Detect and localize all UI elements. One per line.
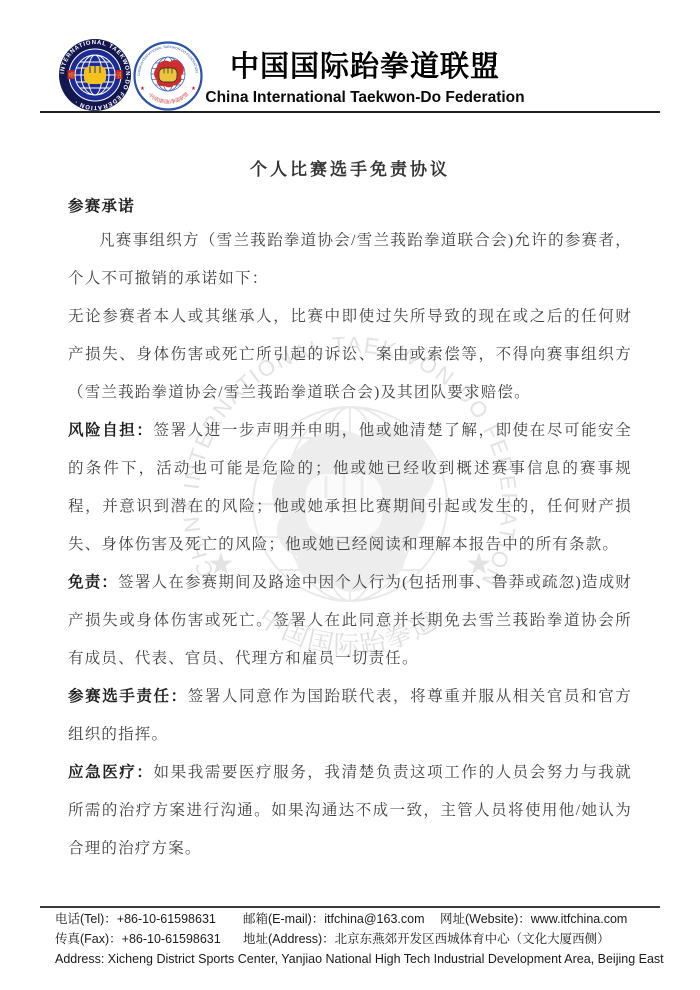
waiver-text: 签署人在参赛期间及路途中因个人行为(包括刑事、鲁莽或疏忽)造成财产损失或身体伤害… xyxy=(68,574,632,667)
footer: 电话(Tel)：+86-10-61598631 邮箱(E-mail)：itfch… xyxy=(40,909,660,969)
risk-assumption-text: 签署人进一步声明并申明，他或她清楚了解，即使在尽可能安全的条件下，活动也可能是危… xyxy=(68,422,632,553)
section-heading-risk-assumption: 风险自担： xyxy=(68,422,154,439)
paragraph-emergency-medical: 应急医疗：如果我需要医疗服务，我清楚负责这项工作的人员会努力与我就所需的治疗方案… xyxy=(68,754,632,868)
footer-divider xyxy=(40,906,660,908)
section-heading-emergency-medical: 应急医疗： xyxy=(68,764,154,781)
org-name-english: China International Taekwon-Do Federatio… xyxy=(202,89,528,107)
itf-korean-right-glyph: 권 xyxy=(116,72,122,80)
footer-address-chinese: 地址(Address)：北京东燕郊开发区西城体育中心（文化大厦西侧） xyxy=(243,929,660,949)
footer-phone: 电话(Tel)：+86-10-61598631 xyxy=(55,909,243,929)
citf-star-right-icon: ★ xyxy=(191,85,196,92)
section-heading-athlete-responsibility: 参赛选手责任： xyxy=(68,688,188,705)
citf-fist-icon xyxy=(159,68,177,82)
china-itf-logo-icon: CHINA INTERNATIONAL TAEKWON-DO FEDERATIO… xyxy=(133,41,203,111)
paragraph-pledge-terms: 无论参赛者本人或其继承人，比赛中即使过失所导致的现在或之后的任何财产损失、身体伤… xyxy=(68,298,632,412)
section-heading-waiver: 免责： xyxy=(68,574,118,591)
paragraph-waiver: 免责：签署人在参赛期间及路途中因个人行为(包括刑事、鲁莽或疏忽)造成财产损失或身… xyxy=(68,564,632,678)
itf-federation-logo-icon: 태 권 INTERNATIONAL TAEKWON-DO FEDERATION … xyxy=(59,39,131,111)
citf-star-left-icon: ★ xyxy=(140,85,145,92)
footer-fax: 传真(Fax)：+86-10-61598631 xyxy=(55,929,243,949)
footer-address-english: Address: Xicheng District Sports Center,… xyxy=(55,949,660,969)
emergency-medical-text: 如果我需要医疗服务，我清楚负责这项工作的人员会努力与我就所需的治疗方案进行沟通。… xyxy=(68,764,632,857)
paragraph-athlete-responsibility: 参赛选手责任：签署人同意作为国跆联代表，将尊重并服从相关官员和官方组织的指挥。 xyxy=(68,678,632,754)
header-divider xyxy=(40,111,660,113)
paragraph-risk-assumption: 风险自担：签署人进一步声明并申明，他或她清楚了解，即使在尽可能安全的条件下，活动… xyxy=(68,412,632,564)
document-body: 参赛承诺 凡赛事组织方（雪兰莪跆拳道协会/雪兰莪跆拳道联合会)允许的参赛者，个人… xyxy=(68,192,632,868)
footer-website: 网址(Website)：www.itfchina.com xyxy=(440,909,660,929)
document-title: 个人比赛选手免责协议 xyxy=(0,155,700,180)
paragraph-pledge-intro: 凡赛事组织方（雪兰莪跆拳道协会/雪兰莪跆拳道联合会)允许的参赛者，个人不可撤销的… xyxy=(68,222,632,298)
section-heading-participation-pledge: 参赛承诺 xyxy=(68,192,632,222)
org-name-chinese: 中国国际跆拳道联盟 xyxy=(202,44,528,85)
document-page: CHINA INTERNATIONAL TAEKWON-DO FEDERATIO… xyxy=(0,0,700,990)
itf-korean-left-glyph: 태 xyxy=(68,72,74,80)
footer-email: 邮箱(E-mail)：itfchina@163.com xyxy=(243,909,440,929)
itf-fist-icon xyxy=(84,66,106,84)
